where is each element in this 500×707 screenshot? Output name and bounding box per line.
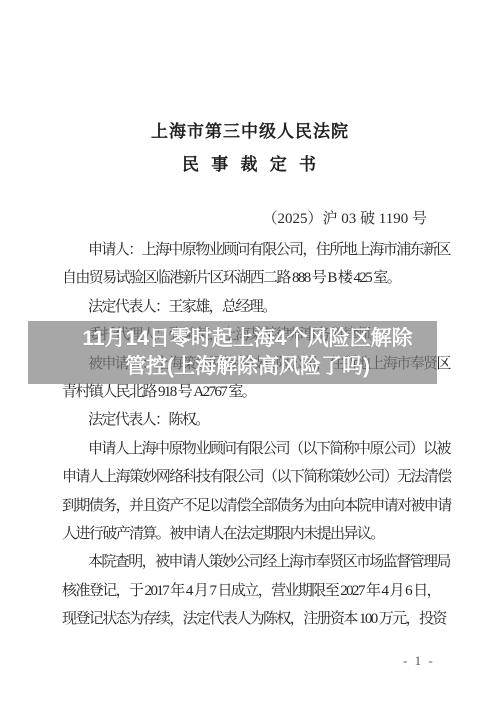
- body-text-line: 法定代表人：陈权。: [62, 406, 448, 434]
- caption-line-1: 11月14日零时起上海4个风险区解除: [28, 321, 437, 353]
- document-body: 申请人：上海中原物业顾问有限公司，住所地上海市浦东新区自由贸易试验区临港新片区环…: [62, 236, 448, 633]
- caption-line-2: 管控(上海解除高风险了吗): [28, 353, 437, 381]
- body-text-line: 法定代表人：王家雄，总经理。: [62, 293, 448, 321]
- body-text-line: 本院查明，被申请人策妙公司经上海市奉贤区市场监督管理局: [62, 548, 448, 576]
- document-title: 民 事 裁 定 书: [0, 150, 500, 175]
- body-text-line: 现登记状态为存续，法定代表人为陈权，注册资本 100 万元，投资: [62, 605, 448, 633]
- body-text-line: 到期债务，并且资产不足以清偿全部债务为由向本院申请对被申请: [62, 492, 448, 520]
- body-text-line: 申请人：上海中原物业顾问有限公司，住所地上海市浦东新区: [62, 236, 448, 264]
- body-text-line: 自由贸易试验区临港新片区环湖西二路 888 号 B 楼 425 室。: [62, 264, 448, 292]
- court-name: 上海市第三中级人民法院: [0, 117, 500, 142]
- body-text-line: 申请人上海中原物业顾问有限公司（以下简称中原公司）以被: [62, 435, 448, 463]
- body-text-line: 核准登记，于 2017 年 4 月 7 日成立，营业期限至 2027 年 4 月…: [62, 577, 448, 605]
- page-number: - 1 -: [403, 653, 435, 669]
- case-number: （2025）沪 03 破 1190 号: [263, 207, 427, 228]
- court-document-page: 上海市第三中级人民法院 民 事 裁 定 书 （2025）沪 03 破 1190 …: [0, 0, 500, 707]
- news-caption-overlay: 11月14日零时起上海4个风险区解除 管控(上海解除高风险了吗): [28, 321, 437, 384]
- body-text-line: 申请人上海策妙网络科技有限公司（以下简称策妙公司）无法清偿: [62, 463, 448, 491]
- body-text-line: 人进行破产清算。被申请人在法定期限内未提出异议。: [62, 520, 448, 548]
